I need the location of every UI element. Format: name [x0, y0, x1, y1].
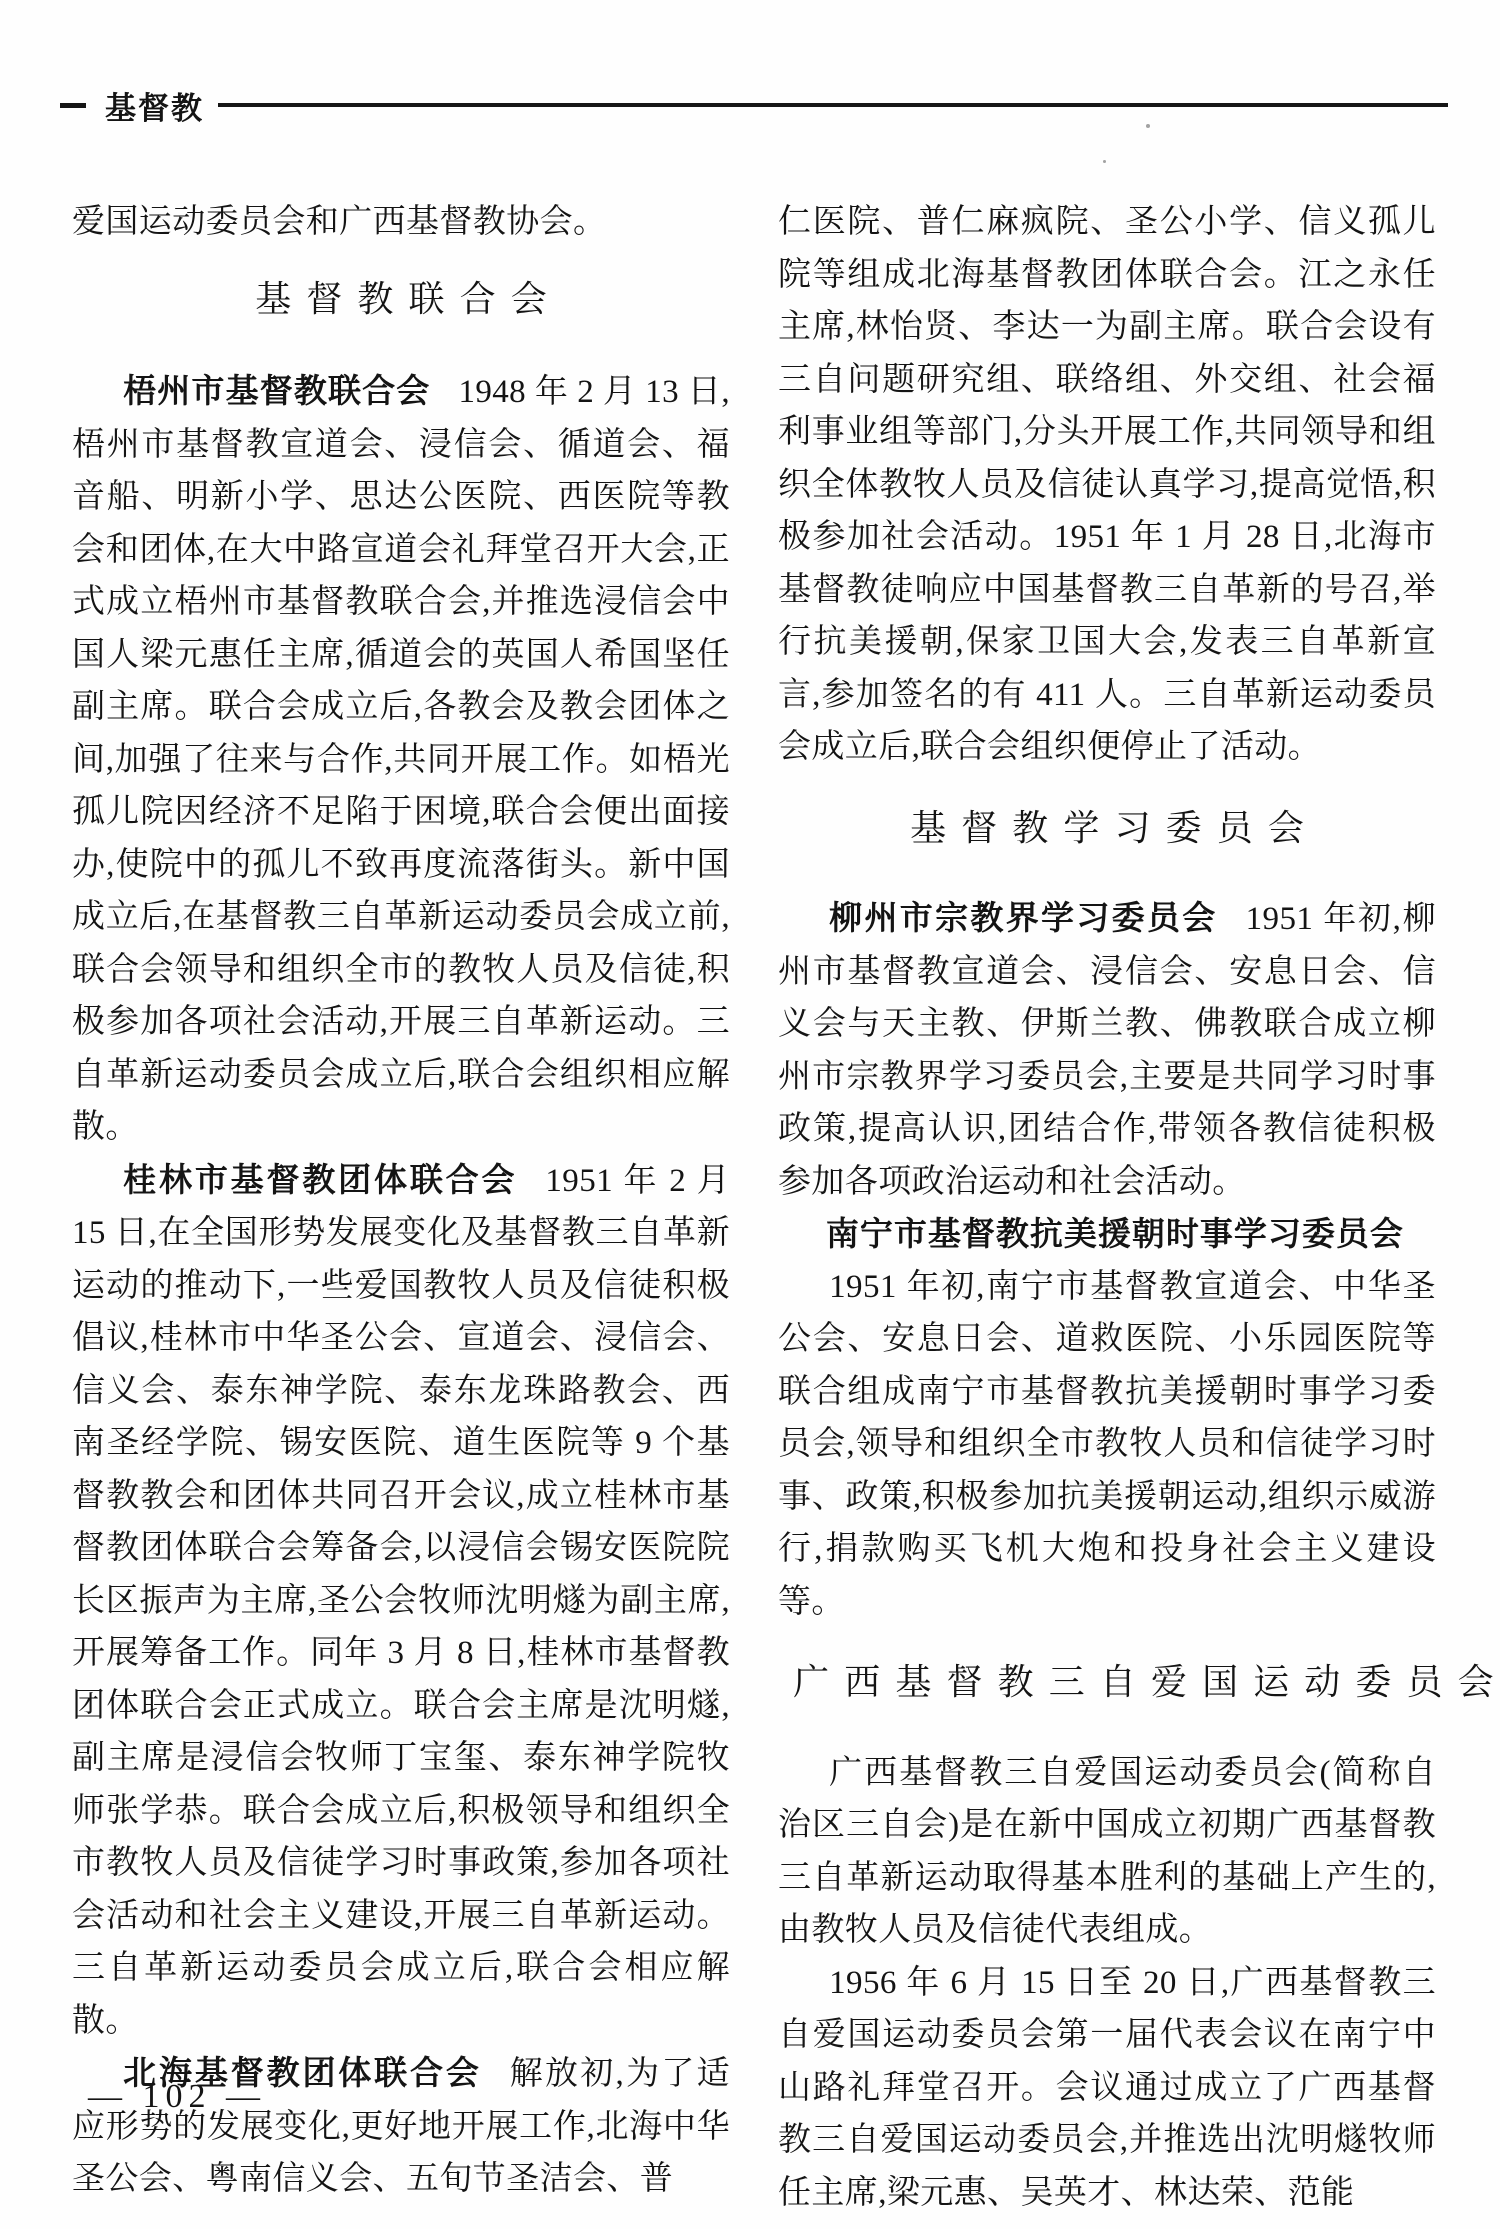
entry-body-wuzhou: 1948 年 2 月 13 日,梧州市基督教宣道会、浸信会、循道会、福音船、明新… — [72, 374, 730, 1145]
header-rule — [218, 103, 1448, 107]
page-number: — 102 — — [88, 2078, 266, 2116]
entry-head-nanning: 南宁市基督教抗美援朝时事学习委员会 — [778, 1208, 1436, 1261]
entry-head-liuzhou: 柳州市宗教界学习委员会 — [829, 899, 1217, 936]
header-dash — [60, 103, 86, 108]
continuation-paragraph-beihai: 仁医院、普仁麻疯院、圣公小学、信义孤儿院等组成北海基督教团体联合会。江之永任主席… — [778, 196, 1436, 774]
section-heading-lianhehui: 基督教联合会 — [72, 273, 730, 326]
scan-speck — [1146, 124, 1150, 128]
entry-head-wuzhou: 梧州市基督教联合会 — [123, 372, 430, 409]
entry-guilin: 桂林市基督教团体联合会1951 年 2 月 15 日,在全国形势发展变化及基督教… — [72, 1154, 730, 2048]
book-page: 基督教 爱国运动委员会和广西基督教协会。 基督教联合会 梧州市基督教联合会194… — [0, 0, 1500, 2229]
right-column: 仁医院、普仁麻疯院、圣公小学、信义孤儿院等组成北海基督教团体联合会。江之永任主席… — [778, 196, 1436, 2219]
section-heading-sanzi: 广西基督教三自爱国运动委员会 — [778, 1656, 1436, 1709]
entry-wuzhou: 梧州市基督教联合会1948 年 2 月 13 日,梧州市基督教宣道会、浸信会、循… — [72, 365, 730, 1154]
guangxi-paragraph-1: 广西基督教三自爱国运动委员会(简称自治区三自会)是在新中国成立初期广西基督教三自… — [778, 1747, 1436, 1957]
entry-body-nanning: 1951 年初,南宁市基督教宣道会、中华圣公会、安息日会、道救医院、小乐园医院等… — [778, 1261, 1436, 1629]
left-column: 爱国运动委员会和广西基督教协会。 基督教联合会 梧州市基督教联合会1948 年 … — [72, 196, 730, 2219]
running-head: 基督教 — [60, 88, 1448, 122]
entry-body-liuzhou: 1951 年初,柳州市基督教宣道会、浸信会、安息日会、信义会与天主教、伊斯兰教、… — [778, 901, 1436, 1200]
guangxi-paragraph-2: 1956 年 6 月 15 日至 20 日,广西基督教三自爱国运动委员会第一届代… — [778, 1957, 1436, 2220]
entry-beihai: 北海基督教团体联合会解放初,为了适应形势的发展变化,更好地开展工作,北海中华圣公… — [72, 2047, 730, 2206]
text-columns: 爱国运动委员会和广西基督教协会。 基督教联合会 梧州市基督教联合会1948 年 … — [72, 196, 1436, 2219]
entry-head-guilin: 桂林市基督教团体联合会 — [123, 1161, 517, 1198]
continuation-paragraph: 爱国运动委员会和广西基督教协会。 — [72, 196, 730, 249]
scan-speck — [1103, 160, 1106, 163]
entry-liuzhou: 柳州市宗教界学习委员会1951 年初,柳州市基督教宣道会、浸信会、安息日会、信义… — [778, 892, 1436, 1208]
chapter-label: 基督教 — [105, 83, 204, 128]
section-heading-xuexi: 基督教学习委员会 — [778, 802, 1436, 855]
entry-body-guilin: 1951 年 2 月 15 日,在全国形势发展变化及基督教三自革新运动的推动下,… — [72, 1163, 730, 2039]
